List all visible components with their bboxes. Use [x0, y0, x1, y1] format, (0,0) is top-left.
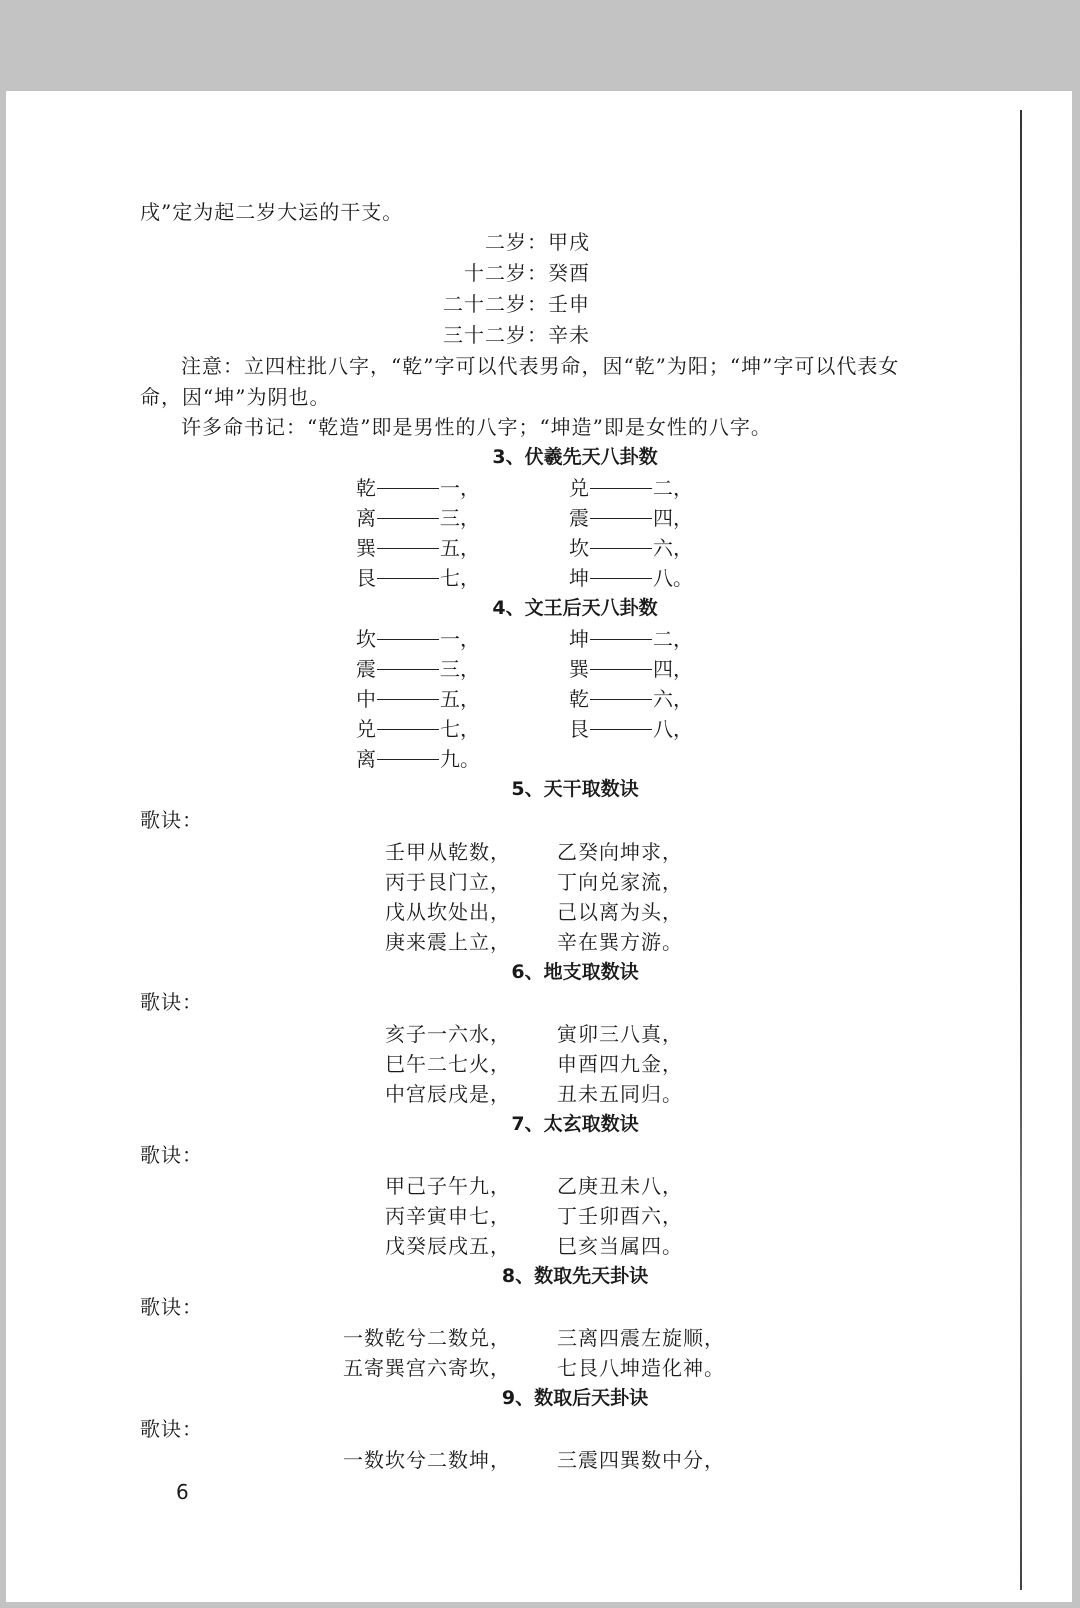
section-title-9: 9、数取后天卦诀	[0, 1386, 1080, 1410]
section-title-6: 6、地支取数诀	[0, 960, 1080, 984]
gua-number-row: 坎六，	[569, 536, 693, 560]
verse-line-left: 一数乾兮二数兑，	[343, 1326, 511, 1350]
dayun-item: 十二岁：癸酉	[464, 261, 590, 285]
gua-number-row: 乾六，	[569, 687, 693, 711]
binding-edge-line	[1020, 110, 1022, 1590]
verse-line-right: 乙庚丑未八，	[557, 1174, 683, 1198]
gua-number-row: 坤八。	[569, 566, 693, 590]
verse-line-right: 己以离为头，	[557, 900, 683, 924]
gua-number-row: 震四，	[569, 506, 693, 530]
dayun-item: 二岁：甲戌	[485, 230, 590, 254]
note-paragraph-line3: 许多命书记：“乾造”即是男性的八字；“坤造”即是女性的八字。	[181, 415, 772, 439]
verse-line-left: 戊癸辰戌五，	[385, 1234, 511, 1258]
intro-line: 戌”定为起二岁大运的干支。	[140, 200, 403, 224]
verse-line-right: 七艮八坤造化神。	[557, 1356, 725, 1380]
verse-line-left: 甲己子午九，	[385, 1174, 511, 1198]
gua-number-row: 震三，	[356, 657, 480, 681]
book-page	[6, 91, 1072, 1602]
verse-line-left: 庚来震上立，	[385, 930, 511, 954]
verse-label: 歌诀：	[140, 1417, 203, 1441]
verse-label: 歌诀：	[140, 990, 203, 1014]
verse-line-right: 巳亥当属四。	[557, 1234, 683, 1258]
gua-number-row: 乾一，	[356, 476, 480, 500]
verse-line-left: 五寄巽宫六寄坎，	[343, 1356, 511, 1380]
verse-line-left: 壬甲从乾数，	[385, 840, 511, 864]
section-title-3: 3、伏羲先天八卦数	[0, 445, 1080, 469]
verse-label: 歌诀：	[140, 1143, 203, 1167]
verse-line-left: 戊从坎处出，	[385, 900, 511, 924]
verse-line-right: 三震四巽数中分，	[557, 1448, 725, 1472]
verse-line-left: 丙辛寅申七，	[385, 1204, 511, 1228]
gua-number-row: 艮七，	[356, 566, 480, 590]
gua-number-row: 坎一，	[356, 627, 480, 651]
gua-number-row: 艮八，	[569, 717, 693, 741]
section-title-4: 4、文王后天八卦数	[0, 596, 1080, 620]
verse-label: 歌诀：	[140, 1295, 203, 1319]
gua-number-row: 离九。	[356, 747, 480, 771]
gua-number-row: 巽四，	[569, 657, 693, 681]
verse-line-right: 寅卯三八真，	[557, 1022, 683, 1046]
verse-line-left: 亥子一六水，	[385, 1022, 511, 1046]
verse-line-right: 申酉四九金，	[557, 1052, 683, 1076]
note-paragraph-line1: 注意：立四柱批八字，“乾”字可以代表男命，因“乾”为阳；“坤”字可以代表女	[181, 354, 899, 378]
section-title-8: 8、数取先天卦诀	[0, 1264, 1080, 1288]
page-number: 6	[176, 1480, 189, 1504]
gua-number-row: 巽五，	[356, 536, 480, 560]
dayun-item: 二十二岁：壬申	[443, 292, 590, 316]
verse-line-left: 巳午二七火，	[385, 1052, 511, 1076]
verse-line-left: 一数坎兮二数坤，	[343, 1448, 511, 1472]
note-paragraph-line2: 命，因“坤”为阴也。	[140, 385, 330, 409]
gua-number-row: 坤二，	[569, 627, 693, 651]
section-title-5: 5、天干取数诀	[0, 777, 1080, 801]
section-title-7: 7、太玄取数诀	[0, 1112, 1080, 1136]
gua-number-row: 兑二，	[569, 476, 693, 500]
verse-label: 歌诀：	[140, 808, 203, 832]
gua-number-row: 中五，	[356, 687, 480, 711]
verse-line-right: 辛在巽方游。	[557, 930, 683, 954]
verse-line-right: 丁壬卯酉六，	[557, 1204, 683, 1228]
verse-line-right: 丁向兑家流，	[557, 870, 683, 894]
verse-line-right: 丑未五同归。	[557, 1082, 683, 1106]
dayun-item: 三十二岁：辛未	[443, 323, 590, 347]
verse-line-right: 乙癸向坤求，	[557, 840, 683, 864]
gua-number-row: 离三，	[356, 506, 480, 530]
verse-line-left: 中宫辰戌是，	[385, 1082, 511, 1106]
verse-line-right: 三离四震左旋顺，	[557, 1326, 725, 1350]
gua-number-row: 兑七，	[356, 717, 480, 741]
verse-line-left: 丙于艮门立，	[385, 870, 511, 894]
